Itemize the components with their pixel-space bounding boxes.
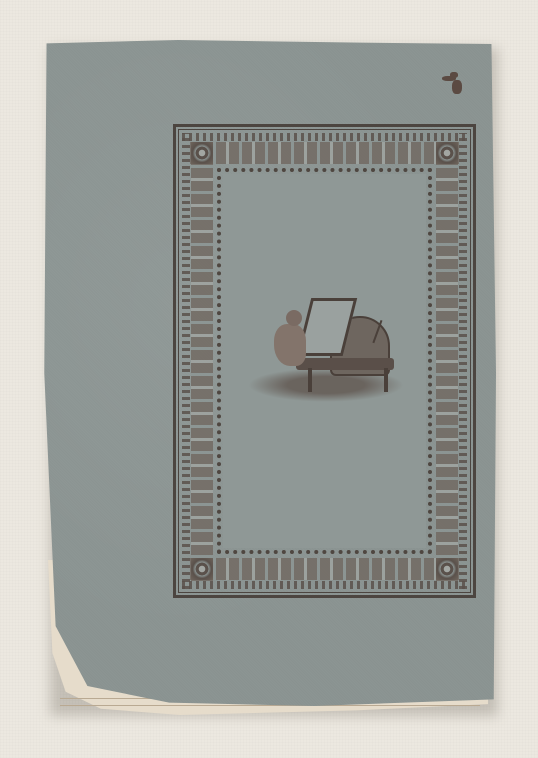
corner-rosette-icon <box>191 558 213 580</box>
leaf-band-bottom <box>190 558 459 580</box>
ink-stain <box>438 68 468 104</box>
leaf-band-right <box>436 141 458 581</box>
putto-figure <box>274 324 306 366</box>
corner-rosette-icon <box>436 558 458 580</box>
table-leg <box>308 368 312 392</box>
leaf-band-top <box>190 142 459 164</box>
dentil-band-left <box>182 133 190 589</box>
putto-vignette <box>248 296 404 414</box>
corner-rosette-icon <box>436 142 458 164</box>
dentil-band-right <box>459 133 467 589</box>
dentil-band-top <box>182 133 467 141</box>
leaf-band-left <box>191 141 213 581</box>
dentil-band-bottom <box>182 581 467 589</box>
putto-head <box>286 310 302 326</box>
table-leg <box>384 368 388 392</box>
page-edge-line <box>60 705 480 706</box>
corner-rosette-icon <box>191 142 213 164</box>
